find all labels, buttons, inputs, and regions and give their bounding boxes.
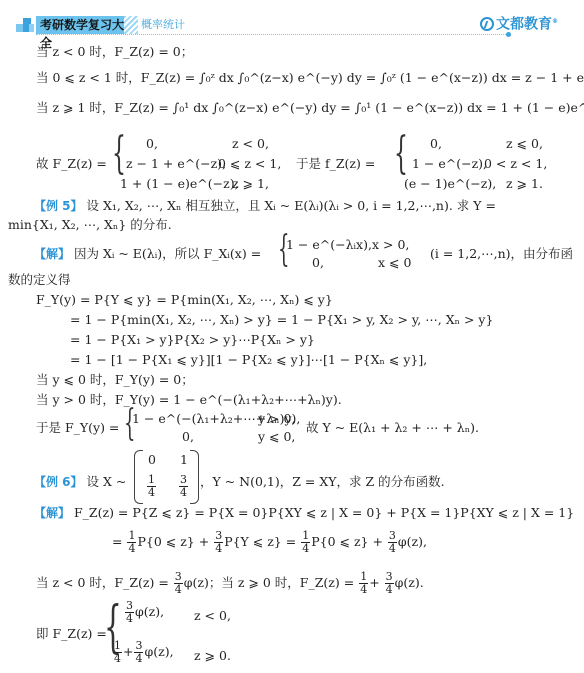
case-expr: 0, — [146, 136, 158, 152]
brand-logo: 文都教育® — [480, 12, 558, 32]
example-label: 【例 5】 — [34, 199, 83, 213]
matrix-cell: 1 — [180, 452, 188, 468]
stripes-decoration — [124, 16, 138, 34]
text-line: 于是 f_Z(z) = — [296, 156, 375, 172]
example-6-line: 【例 6】 设 X ~ — [34, 474, 126, 490]
case-expr: (e − 1)e^(−z), — [404, 176, 496, 192]
example-5-line-2: min{X₁, X₂, ⋯, Xₙ} 的分布. — [8, 217, 172, 233]
equation-line: 即 F_Z(z) = — [36, 626, 107, 642]
solution-text: (i = 1,2,⋯,n)，由分布函 — [430, 246, 573, 262]
case-cond: 0 ⩽ z < 1, — [218, 156, 281, 172]
case-cond: z < 0, — [194, 608, 231, 624]
example-label: 【例 6】 — [34, 475, 83, 489]
case-cond: y > 0, — [258, 411, 295, 427]
blocks-logo-icon — [16, 18, 34, 32]
section-title: 概率统计 — [141, 16, 185, 34]
matrix-fraction: 14 — [147, 474, 156, 499]
matrix-bracket-left — [134, 450, 143, 504]
equation-text: F_Z(z) = P{Z ⩽ z} = P{X = 0}P{XY ⩽ z | X… — [74, 505, 574, 520]
case-expr: 0, — [312, 255, 324, 271]
case-expr: 14+34φ(z), — [112, 640, 174, 665]
case-cond: z ⩾ 1, — [232, 176, 269, 192]
book-title: 考研数学复习大全 — [36, 16, 124, 34]
equation-line: 当 z < 0 时，F_Z(z) = 34φ(z)；当 z ⩾ 0 时，F_Z(… — [36, 571, 424, 596]
equation-line: = 1 − P{X₁ > y}P{X₂ > y}⋯P{Xₙ > y} — [70, 332, 315, 348]
example-text: 设 X₁, X₂, ⋯, Xₙ 相互独立，且 Xᵢ ~ E(λᵢ)(λᵢ > 0… — [87, 198, 496, 213]
case-cond: y ⩽ 0, — [258, 429, 295, 445]
case-expr: 1 + (1 − e)e^(−z), — [120, 176, 239, 192]
equation-line: = 1 − P{min(X₁, X₂, ⋯, Xₙ) > y} = 1 − P{… — [70, 312, 493, 328]
case-expr: 34φ(z), — [124, 600, 164, 625]
example-5-line-1: 【例 5】 设 X₁, X₂, ⋯, Xₙ 相互独立，且 Xᵢ ~ E(λᵢ)(… — [34, 198, 496, 214]
left-brace: { — [112, 132, 126, 176]
left-brace: { — [394, 132, 408, 176]
header-divider — [36, 34, 506, 35]
brand-icon — [480, 17, 494, 31]
solution-line: 【解】 F_Z(z) = P{Z ⩽ z} = P{X = 0}P{XY ⩽ z… — [34, 505, 574, 521]
case-cond: z ⩾ 0. — [194, 648, 231, 664]
solution-label: 【解】 — [34, 506, 70, 520]
equation-line: 当 y ⩽ 0 时，F_Y(y) = 0； — [36, 372, 194, 388]
case-cond: z < 0, — [232, 136, 269, 152]
brand-name: 文都教育 — [496, 17, 552, 33]
equation-line: = 14P{0 ⩽ z} + 34P{Y ⩽ z} = 14P{0 ⩽ z} +… — [112, 530, 427, 555]
example-text: ，Y ~ N(0,1)，Z = XY，求 Z 的分布函数. — [200, 474, 445, 490]
text-line: 当 0 ⩽ z < 1 时，F_Z(z) = ∫₀ᶻ dx ∫₀^(z−x) e… — [36, 70, 584, 86]
equation-line: F_Y(y) = P{Y ⩽ y} = P{min(X₁, X₂, ⋯, Xₙ)… — [36, 292, 333, 308]
solution-text: 因为 Xᵢ ~ E(λᵢ)，所以 F_Xᵢ(x) = — [74, 246, 261, 261]
equation-line: 故 Y ~ E(λ₁ + λ₂ + ⋯ + λₙ). — [306, 420, 479, 436]
case-expr: 0, — [182, 429, 194, 445]
solution-label: 【解】 — [34, 247, 70, 261]
matrix-bracket-right — [190, 450, 199, 504]
case-expr: 1 − e^(−λᵢx), — [286, 237, 372, 253]
matrix-fraction: 34 — [179, 474, 188, 499]
text-line: 故 F_Z(z) = — [36, 156, 107, 172]
equation-line: 于是 F_Y(y) = — [36, 420, 119, 436]
text-line: 当 z < 0 时，F_Z(z) = 0； — [36, 44, 193, 60]
case-expr: 1 − e^(−z), — [412, 156, 487, 172]
registered-mark: ® — [552, 18, 558, 25]
case-cond: x ⩽ 0 — [378, 255, 411, 271]
text-line: 当 z ⩾ 1 时，F_Z(z) = ∫₀¹ dx ∫₀^(z−x) e^(−y… — [36, 100, 584, 116]
equation-line: = 1 − [1 − P{X₁ ⩽ y}][1 − P{X₂ ⩽ y}]⋯[1 … — [70, 352, 427, 368]
case-cond: 0 < z < 1, — [484, 156, 547, 172]
solution-text: 数的定义得 — [8, 272, 71, 288]
case-cond: z ⩾ 1. — [506, 176, 543, 192]
case-cond: z ⩽ 0, — [506, 136, 543, 152]
matrix-cell: 0 — [148, 452, 156, 468]
solution-line: 【解】 因为 Xᵢ ~ E(λᵢ)，所以 F_Xᵢ(x) = — [34, 246, 261, 262]
case-cond: x > 0, — [372, 237, 409, 253]
page-header: 考研数学复习大全 概率统计 文都教育® — [0, 0, 584, 36]
case-expr: 0, — [430, 136, 442, 152]
case-expr: z − 1 + e^(−z), — [126, 156, 226, 172]
equation-line: 当 y > 0 时，F_Y(y) = 1 − e^(−(λ₁+λ₂+⋯+λₙ)y… — [36, 392, 342, 408]
example-text: 设 X ~ — [87, 474, 127, 489]
